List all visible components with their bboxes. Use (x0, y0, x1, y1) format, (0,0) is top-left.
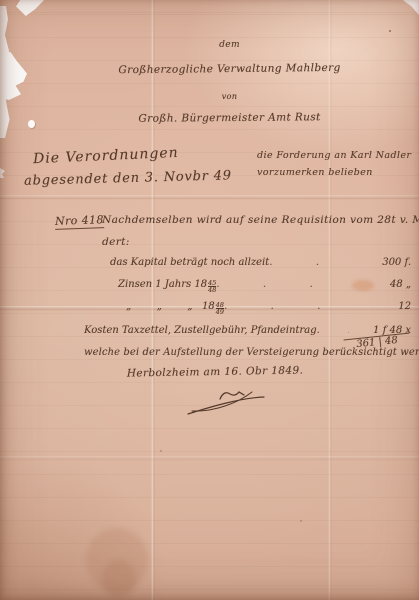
paper-background (0, 0, 419, 600)
ink-speck (300, 520, 302, 522)
document-number: Nro 418 (55, 213, 104, 230)
registry-note-right-2: vorzumerken belieben (257, 167, 373, 178)
ledger-row-costs: Kosten Taxzettel, Zustellgebühr, Pfandei… (84, 325, 411, 336)
dot-leader: . . . . . (224, 301, 349, 312)
dot-leader: . . . . . . (216, 279, 349, 290)
ledger-row-interest-1: Zinsen 1 Jahrs 18 45 48 . . . . . . 48 „ (118, 279, 411, 295)
year-prefix: 18 (194, 279, 207, 290)
ledger-row-interest-2: „ „ „ 18 48 49 . . . . . 12 (126, 301, 411, 317)
ledger-item-text: Kosten Taxzettel, Zustellgebühr, Pfandei… (84, 325, 317, 336)
ditto-marks: „ „ „ (126, 301, 202, 312)
address-to-word: dem (50, 40, 409, 50)
ledger-item-text: Zinsen 1 Jahrs (118, 279, 194, 290)
year-prefix: 18 (202, 301, 215, 312)
opening-line-1: Nachdemselben wird auf seine Requisition… (102, 214, 419, 226)
dot-leader: . . . . . . . (269, 257, 349, 268)
year-fraction: 48 49 (216, 302, 224, 315)
fraction-bottom: 48 (208, 286, 216, 293)
ledger-item-amount: 300 f. (349, 257, 411, 268)
ink-speck (389, 30, 391, 32)
ledger-item-amount: 48 „ (349, 279, 411, 290)
year-fraction: 45 48 (208, 280, 216, 293)
ledger-item-text: das Kapital beträgt noch allzeit (110, 257, 269, 268)
fraction-bottom: 49 (216, 308, 224, 315)
closing-line: welche bei der Aufstellung der Versteige… (84, 347, 419, 358)
opening-line-2: dert: (102, 236, 130, 248)
registry-note-right-1: die Forderung an Karl Nadler (257, 150, 411, 161)
dot-leader: . . . (317, 325, 349, 336)
ink-speck (160, 450, 162, 452)
ledger-item-amount: 12 (349, 301, 411, 312)
from-word: von (50, 92, 409, 101)
ledger-row-capital: das Kapital beträgt noch allzeit . . . .… (110, 257, 411, 268)
signature-icon (180, 386, 272, 420)
torn-edge-hole (28, 120, 35, 128)
scanned-letter-page: dem Großherzogliche Verwaltung Mahlberg … (0, 0, 419, 600)
signature-flourish (180, 386, 272, 420)
